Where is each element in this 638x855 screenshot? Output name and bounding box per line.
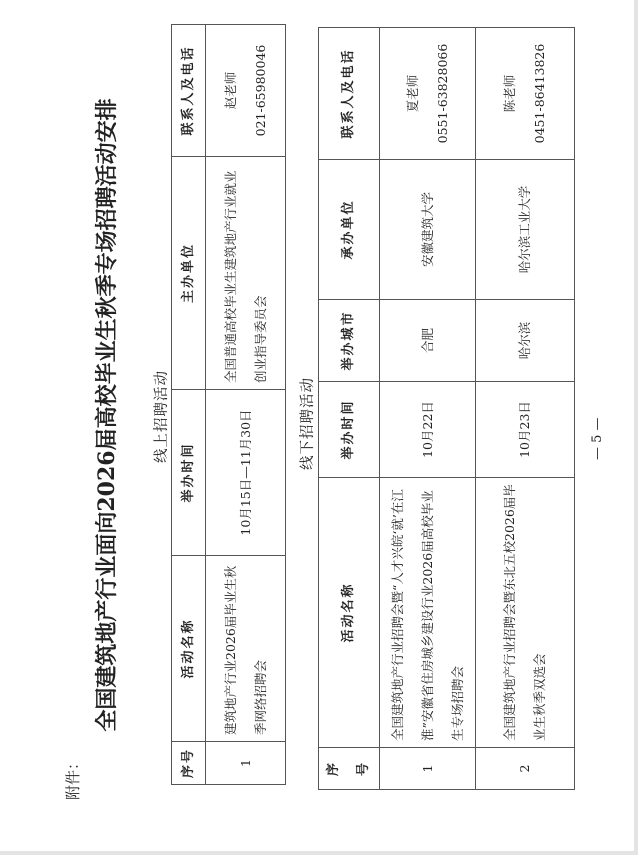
contact-person: 陈老师 bbox=[495, 34, 525, 153]
header-organizer: 主办单位 bbox=[172, 157, 206, 390]
document-title: 全国建筑地产行业面向2026届高校毕业生秋季专场招聘活动安排 bbox=[90, 55, 121, 775]
header-no: 序号 bbox=[319, 748, 380, 790]
cell-contact: 赵老师 021-65980046 bbox=[206, 25, 286, 157]
contact-person: 夏老师 bbox=[398, 34, 428, 153]
header-name: 活动名称 bbox=[172, 556, 206, 742]
document-page: 附件： 全国建筑地产行业面向2026届高校毕业生秋季专场招聘活动安排 线上招聘活… bbox=[0, 0, 638, 855]
header-name: 活动名称 bbox=[319, 478, 380, 748]
offline-events-table: 序号 活动名称 举办时间 举办城市 承办单位 联系人及电话 1 全国建筑地产行业… bbox=[318, 27, 575, 790]
cell-time: 10月15日—11月30日 bbox=[206, 390, 286, 556]
contact-phone: 0451-86413826 bbox=[525, 34, 555, 153]
header-city: 举办城市 bbox=[319, 300, 380, 382]
cell-host: 哈尔滨工业大学 bbox=[476, 160, 575, 300]
cell-city: 合肥 bbox=[380, 300, 476, 382]
cell-time: 10月22日 bbox=[380, 382, 476, 478]
table-header-row: 序号 活动名称 举办时间 主办单位 联系人及电话 bbox=[172, 25, 206, 785]
table-row: 1 建筑地产行业2026届毕业生秋季网络招聘会 10月15日—11月30日 全国… bbox=[206, 25, 286, 785]
cell-city: 哈尔滨 bbox=[476, 300, 575, 382]
attachment-label: 附件： bbox=[62, 755, 83, 800]
contact-phone: 0551-63828066 bbox=[428, 34, 458, 153]
cell-contact: 夏老师 0551-63828066 bbox=[380, 28, 476, 160]
cell-no: 1 bbox=[206, 742, 286, 785]
table-row: 1 全国建筑地产行业招聘会暨“人才兴皖‘就’在江淮”安徽省住房城乡建设行业202… bbox=[380, 28, 476, 790]
cell-no: 2 bbox=[476, 748, 575, 790]
header-contact: 联系人及电话 bbox=[319, 28, 380, 160]
table-row: 2 全国建筑地产行业招聘会暨东北五校2026届毕业生秋季双选会 10月23日 哈… bbox=[476, 28, 575, 790]
table-header-row: 序号 活动名称 举办时间 举办城市 承办单位 联系人及电话 bbox=[319, 28, 380, 790]
header-contact: 联系人及电话 bbox=[172, 25, 206, 157]
header-time: 举办时间 bbox=[172, 390, 206, 556]
cell-name: 全国建筑地产行业招聘会暨东北五校2026届毕业生秋季双选会 bbox=[476, 478, 575, 748]
page-number: — 5 — bbox=[590, 417, 605, 460]
cell-time: 10月23日 bbox=[476, 382, 575, 478]
header-time: 举办时间 bbox=[319, 382, 380, 478]
header-host: 承办单位 bbox=[319, 160, 380, 300]
offline-caption: 线下招聘活动 bbox=[296, 377, 317, 470]
cell-contact: 陈老师 0451-86413826 bbox=[476, 28, 575, 160]
contact-person: 赵老师 bbox=[216, 31, 246, 150]
header-no: 序号 bbox=[172, 742, 206, 785]
cell-name: 建筑地产行业2026届毕业生秋季网络招聘会 bbox=[206, 556, 286, 742]
cell-organizer: 全国普通高校毕业生建筑地产行业就业创业指导委员会 bbox=[206, 157, 286, 390]
online-events-table: 序号 活动名称 举办时间 主办单位 联系人及电话 1 建筑地产行业2026届毕业… bbox=[171, 24, 286, 785]
contact-phone: 021-65980046 bbox=[246, 31, 276, 150]
online-caption: 线上招聘活动 bbox=[150, 370, 171, 463]
cell-host: 安徽建筑大学 bbox=[380, 160, 476, 300]
cell-no: 1 bbox=[380, 748, 476, 790]
cell-name: 全国建筑地产行业招聘会暨“人才兴皖‘就’在江淮”安徽省住房城乡建设行业2026届… bbox=[380, 478, 476, 748]
